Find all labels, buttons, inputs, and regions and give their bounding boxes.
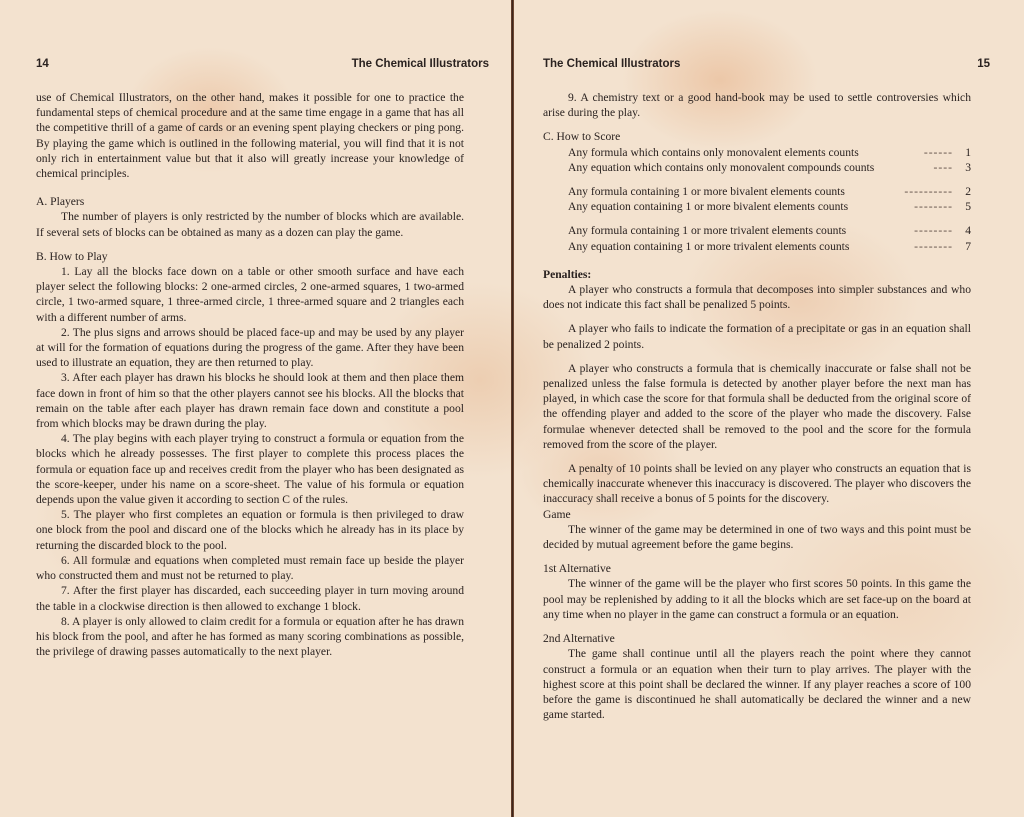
dot-leader: ------	[867, 145, 953, 160]
score-points: 3	[961, 160, 971, 175]
score-points: 2	[961, 184, 971, 199]
dot-leader: ----	[882, 160, 953, 175]
section-b-heading: B. How to Play	[36, 249, 464, 264]
rule-3: 3. After each player has drawn his block…	[36, 370, 464, 431]
score-label: Any equation containing 1 or more bivale…	[568, 199, 848, 214]
rule-7: 7. After the first player has discarded,…	[36, 583, 464, 613]
score-points: 7	[961, 239, 971, 254]
dot-leader: ----------	[853, 184, 953, 199]
score-group: Any formula containing 1 or more trivale…	[543, 223, 971, 253]
score-row: Any formula containing 1 or more trivale…	[543, 223, 971, 238]
score-table: Any formula which contains only monovale…	[543, 145, 971, 254]
score-label: Any equation which contains only monoval…	[568, 160, 874, 175]
rule-4: 4. The play begins with each player tryi…	[36, 431, 464, 507]
dot-leader: --------	[856, 199, 953, 214]
score-row: Any equation containing 1 or more trival…	[543, 239, 971, 254]
running-head: The Chemical Illustrators	[352, 58, 489, 70]
rule-5: 5. The player who first completes an equ…	[36, 507, 464, 553]
alternative-1-heading: 1st Alternative	[543, 561, 971, 576]
dot-leader: --------	[854, 223, 953, 238]
dot-leader: --------	[857, 239, 953, 254]
page-number: 15	[977, 58, 990, 70]
left-page: 14 The Chemical Illustrators use of Chem…	[0, 0, 511, 817]
running-head: The Chemical Illustrators	[543, 58, 680, 70]
penalty-paragraph: A player who fails to indicate the forma…	[543, 321, 971, 351]
penalty-paragraph: A penalty of 10 points shall be levied o…	[543, 461, 971, 507]
alternative-2-text: The game shall continue until all the pl…	[543, 646, 971, 722]
game-heading: Game	[543, 507, 971, 522]
rule-8: 8. A player is only allowed to claim cre…	[36, 614, 464, 660]
score-label: Any equation containing 1 or more trival…	[568, 239, 849, 254]
score-points: 4	[961, 223, 971, 238]
score-points: 5	[961, 199, 971, 214]
game-text: The winner of the game may be determined…	[543, 522, 971, 552]
section-a-text: The number of players is only restricted…	[36, 209, 464, 239]
page-number: 14	[36, 58, 49, 70]
penalty-paragraph: A player who constructs a formula that d…	[543, 282, 971, 312]
rule-9: 9. A chemistry text or a good hand-book …	[543, 90, 971, 120]
intro-paragraph: use of Chemical Illustrators, on the oth…	[36, 90, 464, 181]
alternative-1-text: The winner of the game will be the playe…	[543, 576, 971, 622]
penalties-heading: Penalties:	[543, 267, 971, 282]
score-row: Any formula which contains only monovale…	[543, 145, 971, 160]
score-row: Any equation which contains only monoval…	[543, 160, 971, 175]
penalty-paragraph: A player who constructs a formula that i…	[543, 361, 971, 452]
score-row: Any formula containing 1 or more bivalen…	[543, 184, 971, 199]
right-page: The Chemical Illustrators 15 9. A chemis…	[513, 0, 1024, 817]
alternative-2-heading: 2nd Alternative	[543, 631, 971, 646]
score-label: Any formula which contains only monovale…	[568, 145, 859, 160]
score-group: Any formula containing 1 or more bivalen…	[543, 184, 971, 214]
score-points: 1	[961, 145, 971, 160]
book-spread: 14 The Chemical Illustrators use of Chem…	[0, 0, 1024, 817]
rule-1: 1. Lay all the blocks face down on a tab…	[36, 264, 464, 325]
score-label: Any formula containing 1 or more trivale…	[568, 223, 846, 238]
section-c-heading: C. How to Score	[543, 129, 971, 144]
section-a-heading: A. Players	[36, 194, 464, 209]
score-label: Any formula containing 1 or more bivalen…	[568, 184, 845, 199]
left-page-body: use of Chemical Illustrators, on the oth…	[36, 90, 464, 659]
right-page-body: 9. A chemistry text or a good hand-book …	[543, 90, 971, 722]
score-group: Any formula which contains only monovale…	[543, 145, 971, 175]
score-row: Any equation containing 1 or more bivale…	[543, 199, 971, 214]
rule-2: 2. The plus signs and arrows should be p…	[36, 325, 464, 371]
rule-6: 6. All formulæ and equations when comple…	[36, 553, 464, 583]
